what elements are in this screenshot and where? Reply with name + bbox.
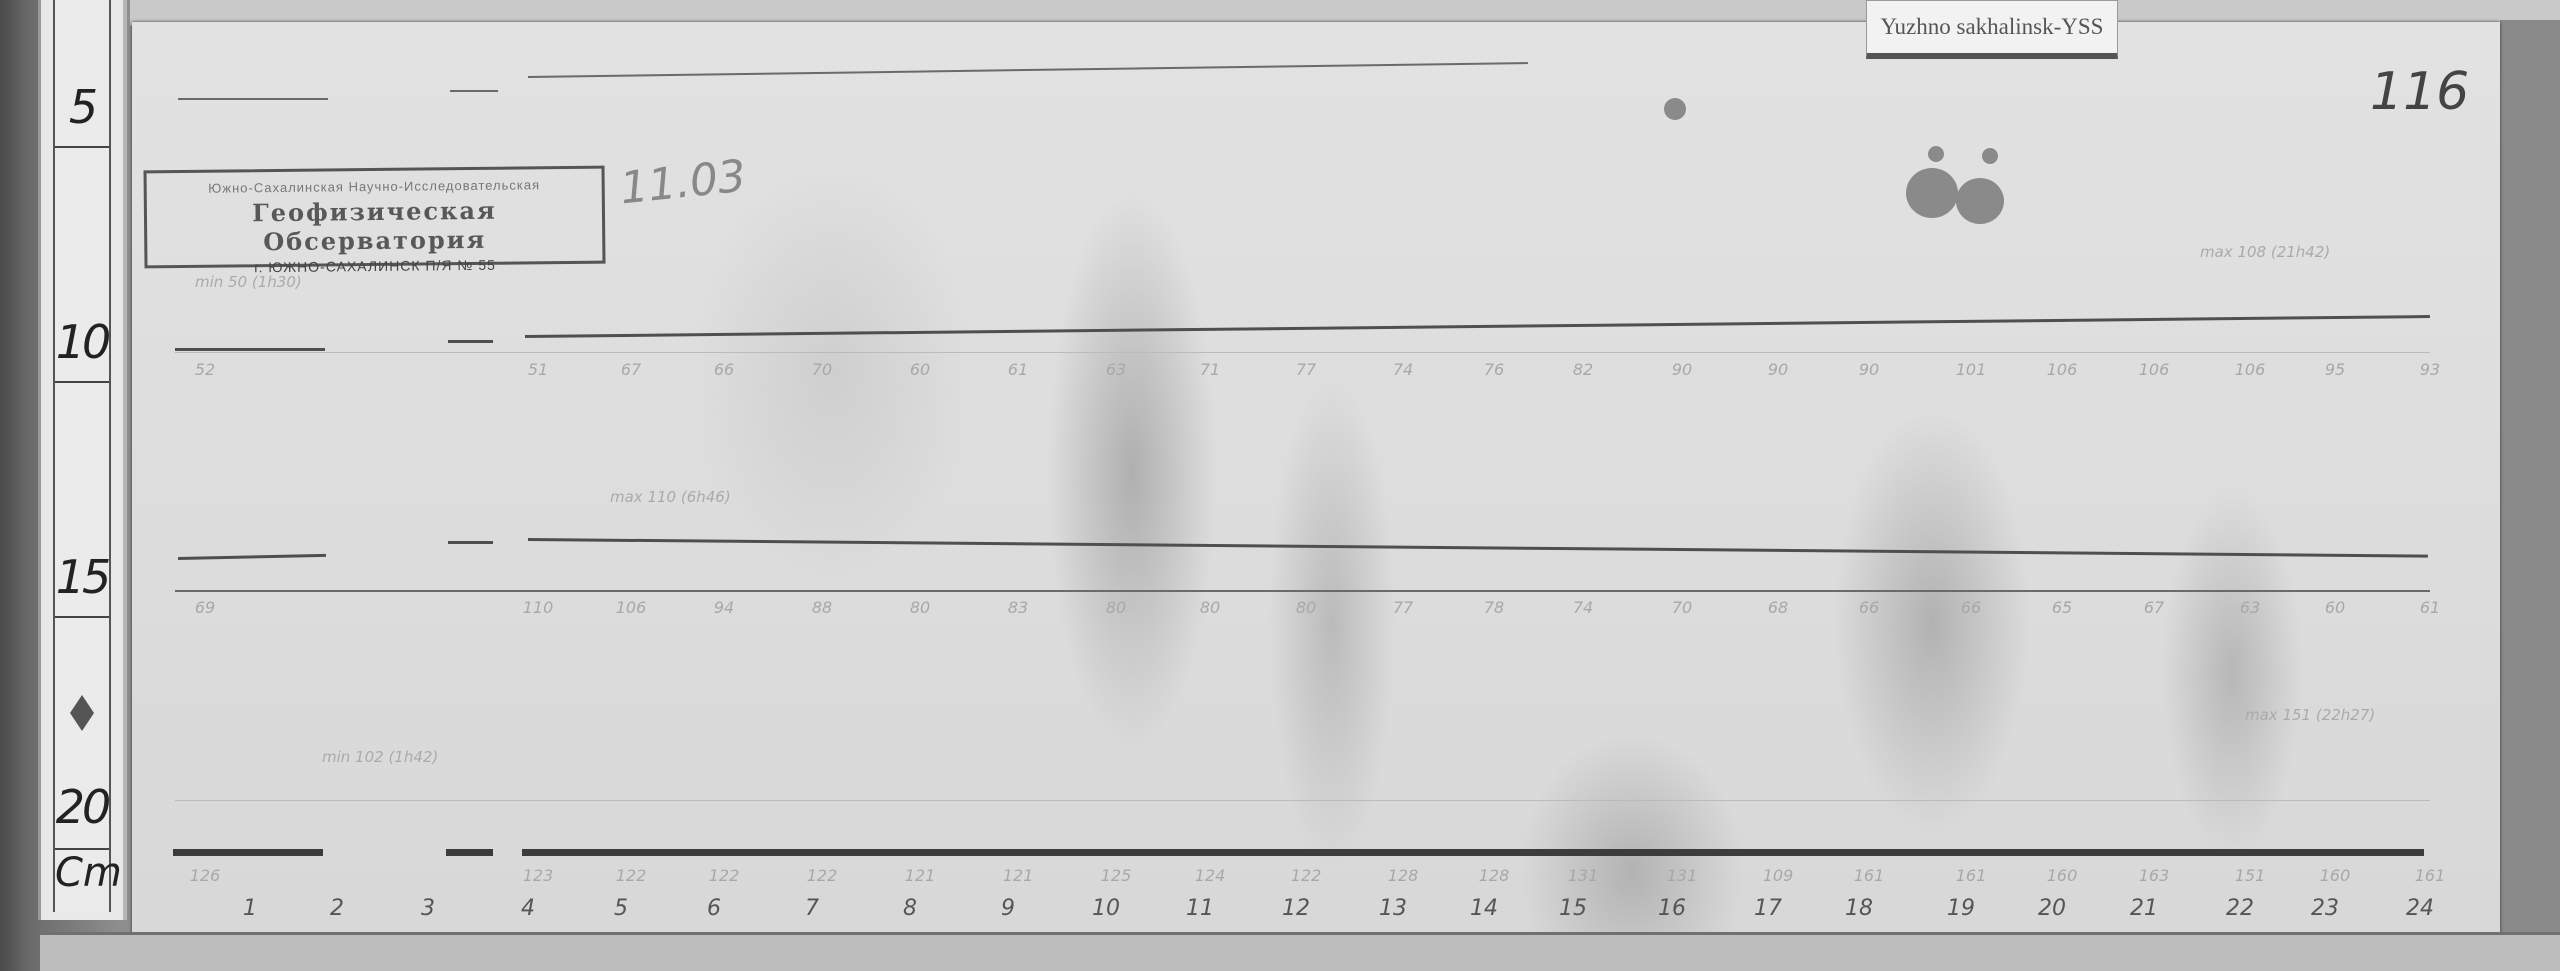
upper-baseline xyxy=(175,352,2430,353)
lower-trace-value: 160 xyxy=(2320,866,2351,885)
upper-trace-value: 71 xyxy=(1200,360,1220,379)
middle-trace-value: 83 xyxy=(1008,598,1028,617)
middle-trace-value: 65 xyxy=(2052,598,2072,617)
lower-trace-value: 128 xyxy=(1479,866,1510,885)
lower-trace-value: 125 xyxy=(1101,866,1132,885)
lower-max-note: max 151 (22h27) xyxy=(2245,706,2375,724)
upper-trace-value: 101 xyxy=(1956,360,1987,379)
upper-max-note: max 108 (21h42) xyxy=(2200,243,2330,261)
middle-trace-value: 67 xyxy=(2144,598,2164,617)
lower-trace-value: 122 xyxy=(1291,866,1322,885)
lower-trace-value: 123 xyxy=(523,866,554,885)
lower-faint-trace xyxy=(175,800,2430,801)
middle-trace-value: 77 xyxy=(1393,598,1413,617)
upper-min-note: min 50 (1h30) xyxy=(195,273,302,291)
ruler-tick xyxy=(55,146,109,148)
upper-trace-value: 82 xyxy=(1573,360,1593,379)
hour-mark: 8 xyxy=(903,896,917,921)
upper-trace-value: 90 xyxy=(1859,360,1879,379)
middle-trace-value: 80 xyxy=(910,598,930,617)
scale-ruler: 5 10 15 20 Cm xyxy=(38,0,127,920)
lower-trace-value: 109 xyxy=(1763,866,1794,885)
ink-spot xyxy=(1956,178,2004,224)
middle-trace-value: 78 xyxy=(1484,598,1504,617)
hour-mark: 21 xyxy=(2130,896,2158,921)
lower-trace-value: 161 xyxy=(1854,866,1885,885)
stamp-line-1: Южно-Сахалинская Научно-Исследовательска… xyxy=(147,177,602,197)
upper-trace-value: 95 xyxy=(2325,360,2345,379)
hour-mark: 10 xyxy=(1092,896,1120,921)
observatory-stamp: Южно-Сахалинская Научно-Исследовательска… xyxy=(143,166,605,269)
ruler-mark-10: 10 xyxy=(55,315,109,369)
ink-spot xyxy=(1982,148,1998,164)
upper-trace-value: 52 xyxy=(195,360,215,379)
ruler-mark-20: 20 xyxy=(55,780,109,834)
middle-trace-value: 80 xyxy=(1106,598,1126,617)
middle-trace-value: 60 xyxy=(2325,598,2345,617)
upper-trace-value: 106 xyxy=(2235,360,2266,379)
ink-spot xyxy=(1906,168,1958,218)
hour-mark: 17 xyxy=(1754,896,1782,921)
upper-trace-value: 74 xyxy=(1393,360,1413,379)
upper-trace-value: 67 xyxy=(621,360,641,379)
middle-trace-value: 106 xyxy=(616,598,647,617)
middle-trace-value: 61 xyxy=(2420,598,2440,617)
lower-trace-value: 121 xyxy=(905,866,936,885)
top-trace-segment xyxy=(178,98,328,100)
ruler-mark-15: 15 xyxy=(55,550,109,604)
upper-trace-value: 60 xyxy=(910,360,930,379)
hour-mark: 14 xyxy=(1470,896,1498,921)
hour-mark: 23 xyxy=(2311,896,2339,921)
ruler-column: 5 10 15 20 Cm xyxy=(53,0,111,912)
upper-trace-value: 106 xyxy=(2139,360,2170,379)
hour-mark: 2 xyxy=(330,896,344,921)
middle-trace-segment xyxy=(448,541,493,544)
hour-mark: 4 xyxy=(521,896,535,921)
lower-trace-value: 128 xyxy=(1388,866,1419,885)
hour-mark: 18 xyxy=(1845,896,1873,921)
upper-trace-value: 106 xyxy=(2047,360,2078,379)
upper-trace-value: 76 xyxy=(1484,360,1504,379)
lower-trace-value: 121 xyxy=(1003,866,1034,885)
upper-trace-value: 61 xyxy=(1008,360,1028,379)
stamp-line-2: Геофизическая Обсерватория xyxy=(147,195,603,258)
upper-trace-value: 93 xyxy=(2420,360,2440,379)
middle-trace-value: 80 xyxy=(1200,598,1220,617)
magnetogram-sheet xyxy=(132,22,2500,936)
hour-mark: 6 xyxy=(707,896,721,921)
page-number: 116 xyxy=(2370,62,2469,122)
upper-trace-value: 63 xyxy=(1106,360,1126,379)
hour-mark: 24 xyxy=(2406,896,2434,921)
lower-trace-value: 161 xyxy=(1956,866,1987,885)
middle-trace-value: 74 xyxy=(1573,598,1593,617)
upper-trace-segment xyxy=(448,340,493,343)
hour-mark: 15 xyxy=(1559,896,1587,921)
lower-trace-value: 122 xyxy=(807,866,838,885)
lower-trace-value: 131 xyxy=(1568,866,1599,885)
station-label: Yuzhno sakhalinsk-YSS xyxy=(1866,0,2118,59)
upper-trace-value: 90 xyxy=(1768,360,1788,379)
middle-trace-value: 94 xyxy=(714,598,734,617)
middle-trace-value: 80 xyxy=(1296,598,1316,617)
hour-mark: 7 xyxy=(805,896,819,921)
upper-trace-value: 77 xyxy=(1296,360,1316,379)
lower-trace-value: 122 xyxy=(709,866,740,885)
middle-baseline xyxy=(175,590,2430,592)
hour-mark: 22 xyxy=(2226,896,2254,921)
frame-right-edge xyxy=(2500,20,2560,940)
middle-trace-value: 63 xyxy=(2240,598,2260,617)
lower-trace-value: 122 xyxy=(616,866,647,885)
middle-trace-value: 70 xyxy=(1672,598,1692,617)
upper-trace-value: 70 xyxy=(812,360,832,379)
middle-trace-value: 69 xyxy=(195,598,215,617)
top-trace-segment xyxy=(450,90,498,92)
upper-trace-value: 90 xyxy=(1672,360,1692,379)
ink-spot xyxy=(1928,146,1944,162)
lower-trace-value: 161 xyxy=(2415,866,2446,885)
lower-min-note: min 102 (1h42) xyxy=(322,748,438,766)
hour-mark: 3 xyxy=(421,896,435,921)
hour-mark: 5 xyxy=(614,896,628,921)
middle-trace-value: 110 xyxy=(523,598,554,617)
hour-mark: 20 xyxy=(2038,896,2066,921)
lower-trace-segment xyxy=(446,849,493,856)
middle-max-note: max 110 (6h46) xyxy=(610,488,731,506)
hour-mark: 19 xyxy=(1947,896,1975,921)
lower-trace-value: 126 xyxy=(190,866,221,885)
ruler-mark-5: 5 xyxy=(55,80,109,134)
hour-mark: 16 xyxy=(1658,896,1686,921)
middle-trace-value: 66 xyxy=(1961,598,1981,617)
lower-trace-value: 124 xyxy=(1195,866,1226,885)
lower-trace-value: 151 xyxy=(2235,866,2266,885)
diamond-icon xyxy=(70,695,94,731)
hour-mark: 9 xyxy=(1001,896,1015,921)
middle-trace-value: 88 xyxy=(812,598,832,617)
lower-trace-value: 160 xyxy=(2047,866,2078,885)
frame-bottom-edge xyxy=(40,932,2560,971)
middle-trace-value: 66 xyxy=(1859,598,1879,617)
upper-trace-segment xyxy=(175,348,325,351)
middle-trace-value: 68 xyxy=(1768,598,1788,617)
hour-mark: 11 xyxy=(1186,896,1214,921)
upper-trace-value: 66 xyxy=(714,360,734,379)
hour-mark: 1 xyxy=(243,896,257,921)
lower-trace-segment xyxy=(173,849,323,856)
ruler-unit: Cm xyxy=(55,850,109,896)
hour-mark: 12 xyxy=(1282,896,1310,921)
ruler-tick xyxy=(55,381,109,383)
hour-mark: 13 xyxy=(1379,896,1407,921)
lower-trace-value: 163 xyxy=(2139,866,2170,885)
ruler-tick xyxy=(55,616,109,618)
upper-trace-value: 51 xyxy=(528,360,548,379)
lower-trace xyxy=(522,849,2424,856)
ink-spot xyxy=(1664,98,1686,120)
lower-trace-value: 131 xyxy=(1667,866,1698,885)
